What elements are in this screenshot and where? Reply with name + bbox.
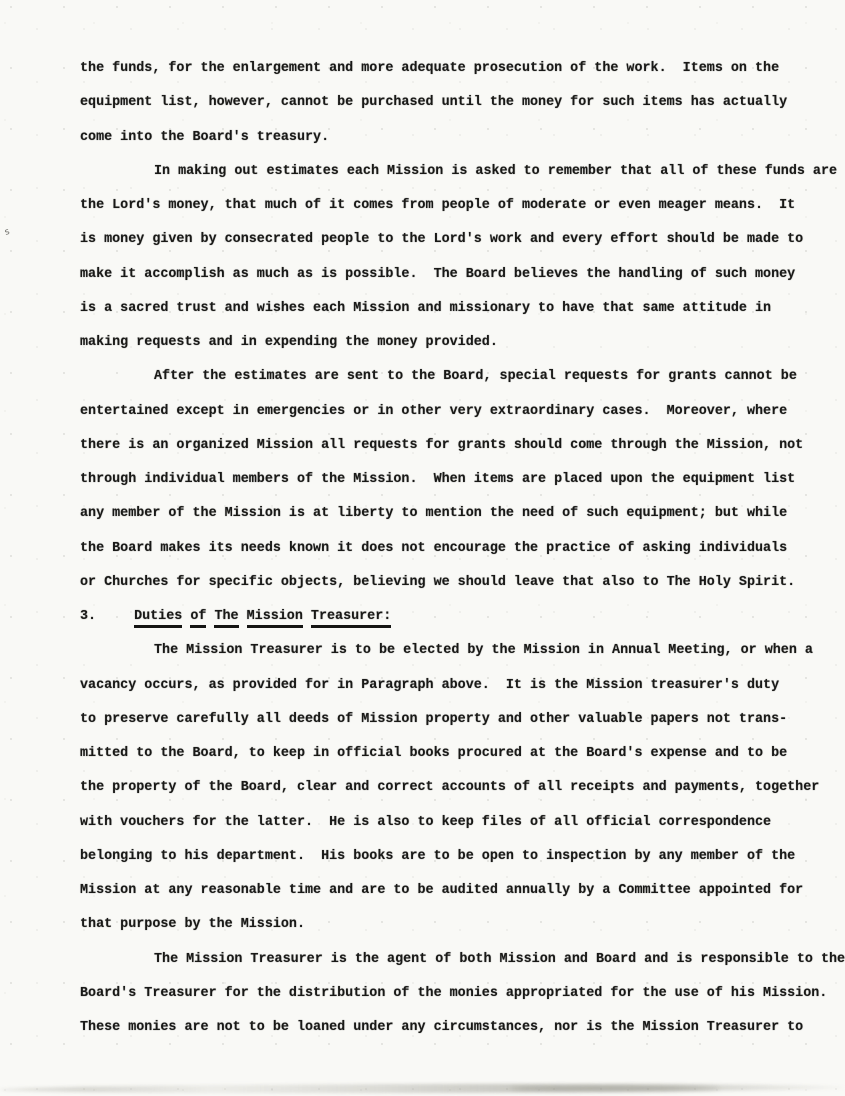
- text-line: Mission at any reasonable time and are t…: [80, 874, 840, 908]
- section-heading: 3.Duties of The Mission Treasurer:: [80, 600, 840, 634]
- text-line: The Mission Treasurer is the agent of bo…: [80, 943, 840, 977]
- text-line: make it accomplish as much as is possibl…: [80, 258, 840, 292]
- text-line: making requests and in expending the mon…: [80, 326, 840, 360]
- underlined-word: Duties: [134, 609, 182, 628]
- stray-ink-mark: s: [4, 227, 13, 238]
- text-line: belonging to his department. His books a…: [80, 840, 840, 874]
- scanned-document-page: the funds, for the enlargement and more …: [0, 0, 845, 1096]
- text-line: through individual members of the Missio…: [80, 463, 840, 497]
- underlined-word: Treasurer:: [311, 609, 391, 628]
- text-line: is money given by consecrated people to …: [80, 223, 840, 257]
- bottom-scan-smudge-accent: [510, 1086, 720, 1091]
- text-line: the Lord's money, that much of it comes …: [80, 189, 840, 223]
- underlined-word: Mission: [247, 609, 303, 628]
- text-line: equipment list, however, cannot be purch…: [80, 86, 840, 120]
- text-line: The Mission Treasurer is to be elected b…: [80, 634, 840, 668]
- text-line: vacancy occurs, as provided for in Parag…: [80, 669, 840, 703]
- text-line: any member of the Mission is at liberty …: [80, 497, 840, 531]
- text-line: come into the Board's treasury.: [80, 121, 840, 155]
- text-line: the Board makes its needs known it does …: [80, 532, 840, 566]
- text-line: with vouchers for the latter. He is also…: [80, 806, 840, 840]
- text-column: the funds, for the enlargement and more …: [80, 52, 840, 1045]
- text-line: In making out estimates each Mission is …: [80, 155, 840, 189]
- text-line: After the estimates are sent to the Boar…: [80, 360, 840, 394]
- text-line: the property of the Board, clear and cor…: [80, 771, 840, 805]
- text-line: mitted to the Board, to keep in official…: [80, 737, 840, 771]
- text-line: These monies are not to be loaned under …: [80, 1011, 840, 1045]
- text-line: that purpose by the Mission.: [80, 908, 840, 942]
- underlined-word: of: [190, 609, 206, 628]
- text-line: there is an organized Mission all reques…: [80, 429, 840, 463]
- text-line: entertained except in emergencies or in …: [80, 395, 840, 429]
- text-line: to preserve carefully all deeds of Missi…: [80, 703, 840, 737]
- text-line: is a sacred trust and wishes each Missio…: [80, 292, 840, 326]
- text-line: the funds, for the enlargement and more …: [80, 52, 840, 86]
- underlined-word: The: [214, 609, 238, 628]
- text-line: or Churches for specific objects, believ…: [80, 566, 840, 600]
- section-number: 3.: [80, 609, 96, 624]
- text-line: Board's Treasurer for the distribution o…: [80, 977, 840, 1011]
